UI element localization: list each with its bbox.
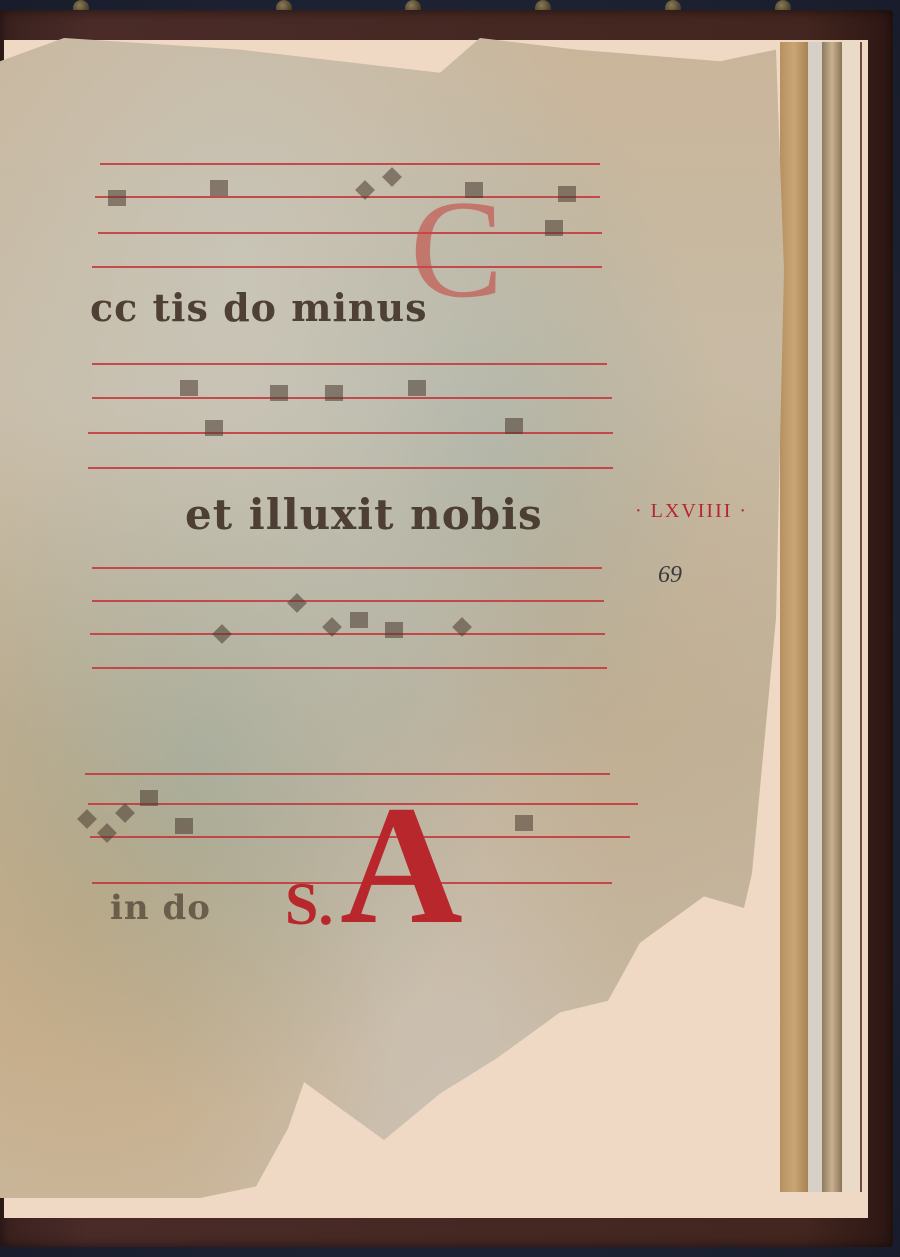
page-edge-layer (842, 42, 862, 1192)
folio-number-arabic: 69 (658, 562, 682, 589)
page-edge-layer (808, 42, 822, 1192)
page-edge-layer (822, 42, 842, 1192)
lyric-line-3: in do (110, 888, 211, 928)
red-initial-a: A (340, 780, 463, 950)
red-initial-s: S. (285, 870, 333, 939)
folio-number-roman: · LXVIIII · (635, 500, 748, 523)
page-edge-layer (780, 42, 808, 1192)
lyric-line-2: et illuxit nobis (185, 490, 543, 539)
lyric-line-1: cc tis do minus (90, 285, 428, 330)
